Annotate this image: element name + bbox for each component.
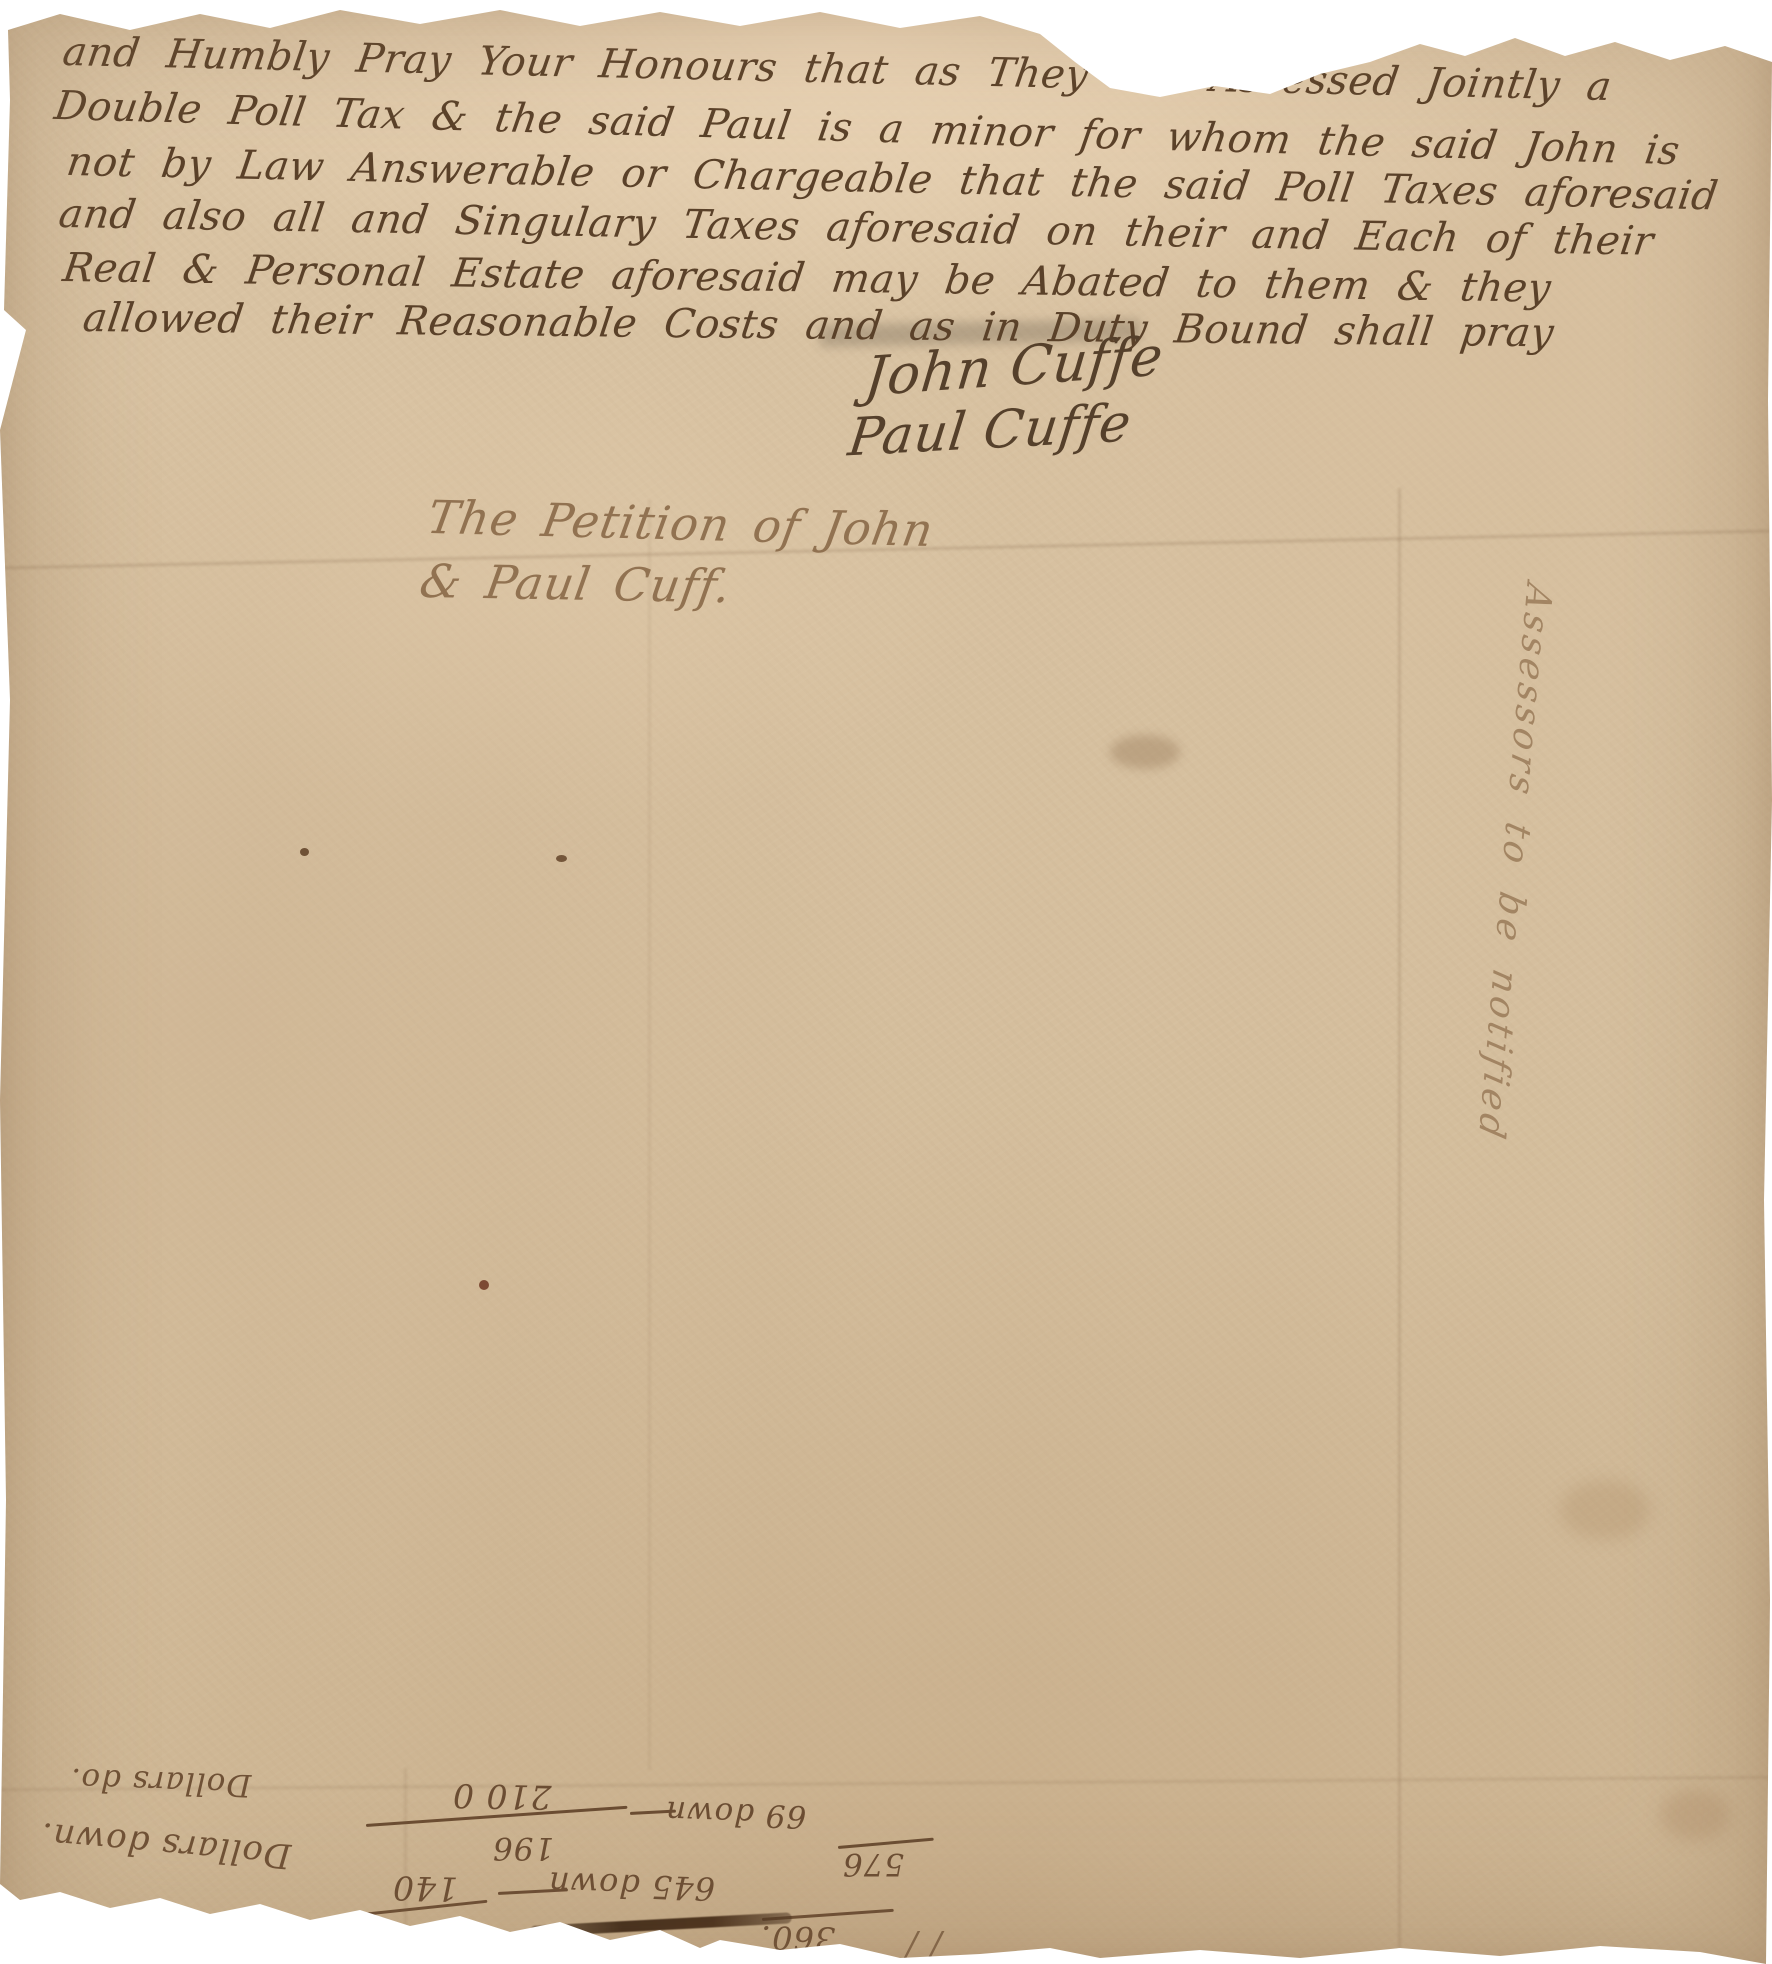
fold-crease-vertical-bottom bbox=[404, 1768, 407, 1964]
ledger-figure: 210 0 bbox=[452, 1779, 552, 1814]
paper-blotch bbox=[1110, 735, 1180, 769]
fold-crease-horizontal-lower bbox=[0, 1776, 1772, 1791]
ink-speck bbox=[556, 855, 567, 862]
paper-blotch bbox=[1660, 1790, 1730, 1840]
ledger-mark: 4 bbox=[387, 1920, 407, 1949]
stray-marks: / / bbox=[905, 1928, 942, 1962]
ink-scribble bbox=[530, 1912, 792, 1937]
ledger-mark: f 4 bbox=[141, 1909, 191, 1945]
ledger-label: Dollars down. bbox=[39, 1817, 292, 1873]
docket-line: & Paul Cuff. bbox=[417, 558, 735, 609]
ledger-label: Dollars do. bbox=[70, 1763, 252, 1800]
signature-paul-cuffe: Paul Cuffe bbox=[846, 397, 1135, 464]
ledger-figure: 645 down bbox=[547, 1867, 715, 1905]
ink-speck bbox=[300, 848, 309, 856]
ledger-figure: 576 bbox=[842, 1848, 904, 1879]
smudge-mark bbox=[1490, 12, 1530, 30]
paper-blotch bbox=[1560, 1480, 1650, 1540]
ink-speck bbox=[479, 1280, 489, 1290]
margin-note-vertical: Assessors to be notified bbox=[1472, 580, 1556, 1145]
ledger-figure: 140 bbox=[392, 1871, 459, 1905]
ledger-figure: 69 down bbox=[665, 1796, 807, 1832]
docket-line: The Petition of John bbox=[424, 494, 937, 553]
ledger-figure: 196 bbox=[492, 1832, 554, 1863]
fold-crease-vertical-center bbox=[648, 500, 651, 1770]
document-paper: and Humbly Pray Your Honours that as The… bbox=[0, 0, 1772, 1964]
ledger-figure: 360. bbox=[760, 1921, 836, 1954]
fold-crease-vertical-right bbox=[1398, 488, 1401, 1948]
